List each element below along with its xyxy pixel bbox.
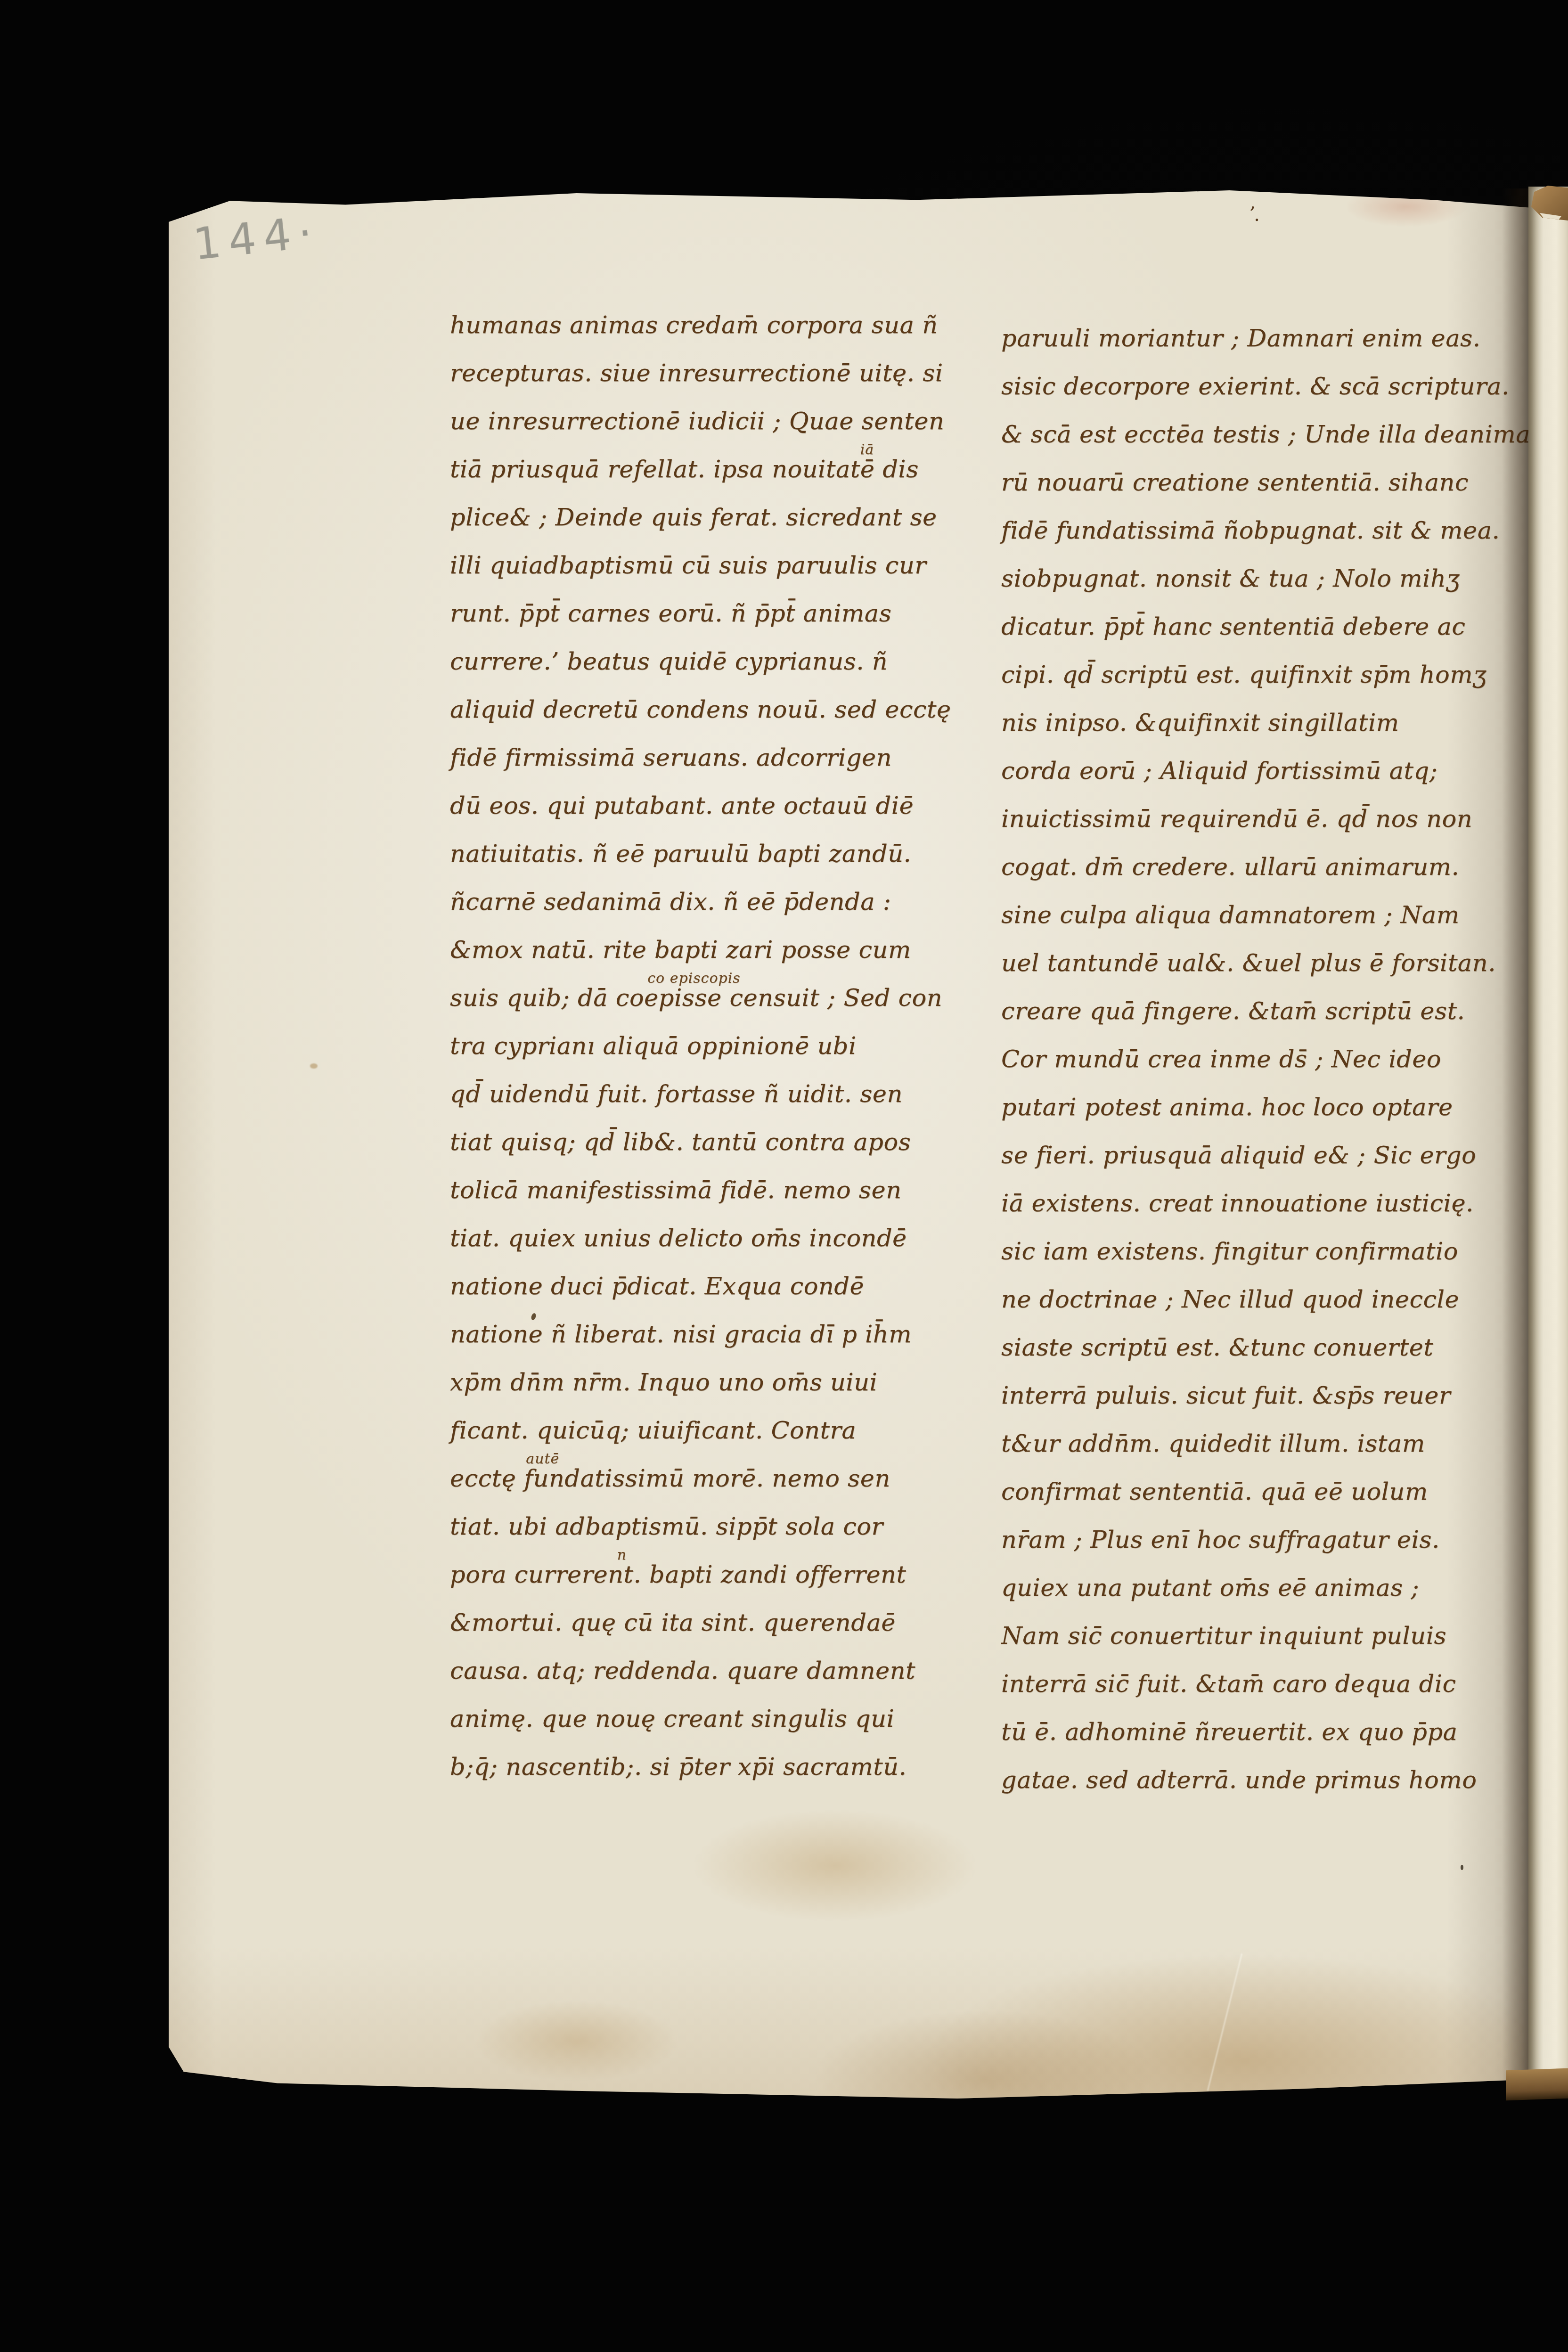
manuscript-line: gatae. sed adterrā. unde primus homo [1001,1756,1510,1805]
manuscript-line: siobpugnat. nonsit & tua ; Nolo mihʒ [1001,555,1510,603]
manuscript-line: uel tantundē ual&. &uel plus ē forsitan. [1001,939,1510,988]
adjacent-page-edge [1528,187,1568,2077]
stray-ink-mark: ’. [1247,203,1262,226]
manuscript-line: aliquid decretū condens nouū. sed ecctę [450,686,956,734]
parchment-speck [1461,1865,1463,1870]
manuscript-line: interrā puluis. sicut fuit. &sp̄s reuer [1001,1372,1510,1420]
manuscript-line: ne doctrinae ; Nec illud quod ineccle [1001,1276,1510,1324]
manuscript-line: ue inresurrectionē iudicii ; Quae senten [450,398,956,446]
manuscript-line: tolicā manifestissimā fidē. nemo sen [450,1167,956,1215]
manuscript-line: paruuli moriantur ; Damnari enim eas. [1001,315,1510,363]
manuscript-line: confirmat sententiā. quā eē uolum [1001,1468,1510,1516]
manuscript-line: Cor mundū crea inme ds̄ ; Nec ideo [1001,1036,1510,1084]
manuscript-line: tra cyprianı aliquā oppinionē ubi [450,1022,956,1070]
folio-number-pencil: 144· [191,206,322,270]
manuscript-line: interrā sic̄ fuit. &tam̄ caro dequa dic [1001,1660,1510,1708]
manuscript-line: & scā est ecctēa testis ; Unde illa dean… [1001,411,1510,459]
manuscript-line: fidē firmissimā seruans. adcorrigen [450,734,956,782]
manuscript-line: sine culpa aliqua damnatorem ; Nam [1001,891,1510,939]
text-column-right: paruuli moriantur ; Damnari enim eas.sis… [1001,315,1510,1805]
manuscript-line: sisic decorpore exierint. & scā scriptur… [1001,363,1510,411]
manuscript-line: cipi. qd̄ scriptū est. quifinxit sp̄m ho… [1001,651,1510,699]
manuscript-line: qd̄ uidendū fuit. fortasse ñ uidit. sen [450,1070,956,1119]
manuscript-line: Nam sic̄ conuertitur inquiunt puluis [1001,1612,1510,1660]
interlinear-gloss: co episcopis [647,972,740,986]
manuscript-line: tiat. ubi adbaptismū. sipp̄t sola cor [450,1503,956,1551]
manuscript-line: plice& ; Deinde quis ferat. sicredant se [450,494,956,542]
manuscript-line: cogat. dm̄ credere. ullarū animarum. [1001,843,1510,891]
manuscript-line: xp̄m dn̄m nr̄m. Inquo uno om̄s uiui [450,1359,956,1407]
manuscript-line: inuictissimū requirendū ē. qd̄ nos non [1001,795,1510,843]
parchment-speck [310,1063,318,1069]
manuscript-line: tiā priusquā refellat. ipsa nouitatē dis… [450,446,956,494]
manuscript-line: ñcarnē sedanimā dix. ñ eē p̄denda : [450,878,956,926]
manuscript-line: recepturas. siue inresurrectionē uitę. s… [450,350,956,398]
manuscript-line: illi quiadbaptismū cū suis paruulis cur [450,542,956,590]
manuscript-line: pora currerent. bapti zandi offerrentn [450,1551,956,1599]
manuscript-line: iā existens. creat innouatione iusticię. [1001,1180,1510,1228]
manuscript-line: rū nouarū creatione sententiā. sihanc [1001,459,1510,507]
parchment-crease [1207,1953,1242,2091]
manuscript-line: b;q̄; nascentib;. si p̄ter xp̄i sacramtū… [450,1743,956,1791]
manuscript-line: natione duci p̄dicat. Exqua condē [450,1263,956,1311]
interlinear-gloss: n [617,1548,627,1562]
manuscript-line: suis quib; dā coepisse censuit ; Sed con… [450,974,956,1022]
manuscript-line: humanas animas credam̄ corpora sua ñ [450,302,956,350]
text-column-left: humanas animas credam̄ corpora sua ñrece… [450,302,956,1791]
manuscript-line: &mortui. quę cū ita sint. querendaē [450,1599,956,1647]
manuscript-line: dū eos. qui putabant. ante octauū diē [450,782,956,830]
manuscript-line: nr̄am ; Plus enī hoc suffragatur eis. [1001,1516,1510,1564]
manuscript-line: tū ē. adhominē ñreuertit. ex quo p̄pa [1001,1708,1510,1756]
book-fore-edge [1506,2068,1568,2101]
interlinear-gloss: iā [860,443,874,457]
manuscript-line: runt. p̄pt̄ carnes eorū. ñ p̄pt̄ animas [450,590,956,638]
manuscript-line: creare quā fingere. &tam̄ scriptū est. [1001,988,1510,1036]
gutter-shadow [1502,188,1529,2082]
manuscript-line: se fieri. priusquā aliquid e& ; Sic ergo [1001,1132,1510,1180]
manuscript-line: tiat quisq; qd̄ lib&. tantū contra apos [450,1119,956,1167]
manuscript-line: animę. que nouę creant singulis qui [450,1695,956,1743]
manuscript-line: quiex una putant om̄s eē animas ; [1001,1564,1510,1612]
manuscript-line: t&ur addn̄m. quidedit illum. istam [1001,1420,1510,1468]
manuscript-line: putari potest anima. hoc loco optare [1001,1084,1510,1132]
manuscript-line: corda eorū ; Aliquid fortissimū atq; [1001,747,1510,795]
interlinear-gloss: autē [526,1452,559,1466]
parchment-page: 144· ’. humanas animas credam̄ corpora s… [169,189,1528,2099]
manuscript-line: causa. atq; reddenda. quare damnent [450,1647,956,1695]
manuscript-line: nis inipso. &quifinxit singillatim [1001,699,1510,747]
manuscript-line: fidē fundatissimā ñobpugnat. sit & mea. [1001,507,1510,555]
manuscript-photo: 144· ’. humanas animas credam̄ corpora s… [0,0,1568,2352]
manuscript-line: siaste scriptū est. &tunc conuertet [1001,1324,1510,1372]
manuscript-line: natiuitatis. ñ eē paruulū bapti zandū. [450,830,956,878]
manuscript-line: tiat. quiex unius delicto om̄s incondē [450,1215,956,1263]
manuscript-line: ficant. quicūq; uiuificant. Contra [450,1407,956,1455]
manuscript-line: sic iam existens. fingitur confirmatio [1001,1228,1510,1276]
manuscript-line: dicatur. p̄pt̄ hanc sententiā debere ac [1001,603,1510,651]
manuscript-line: &mox natū. rite bapti zari posse cum [450,926,956,974]
manuscript-line: currere.’ beatus quidē cyprianus. ñ [450,638,956,686]
manuscript-line: natione ñ liberat. nisi gracia dī p ih̄m [450,1311,956,1359]
manuscript-line: ecctę fundatissimū morē. nemo senautē [450,1455,956,1503]
